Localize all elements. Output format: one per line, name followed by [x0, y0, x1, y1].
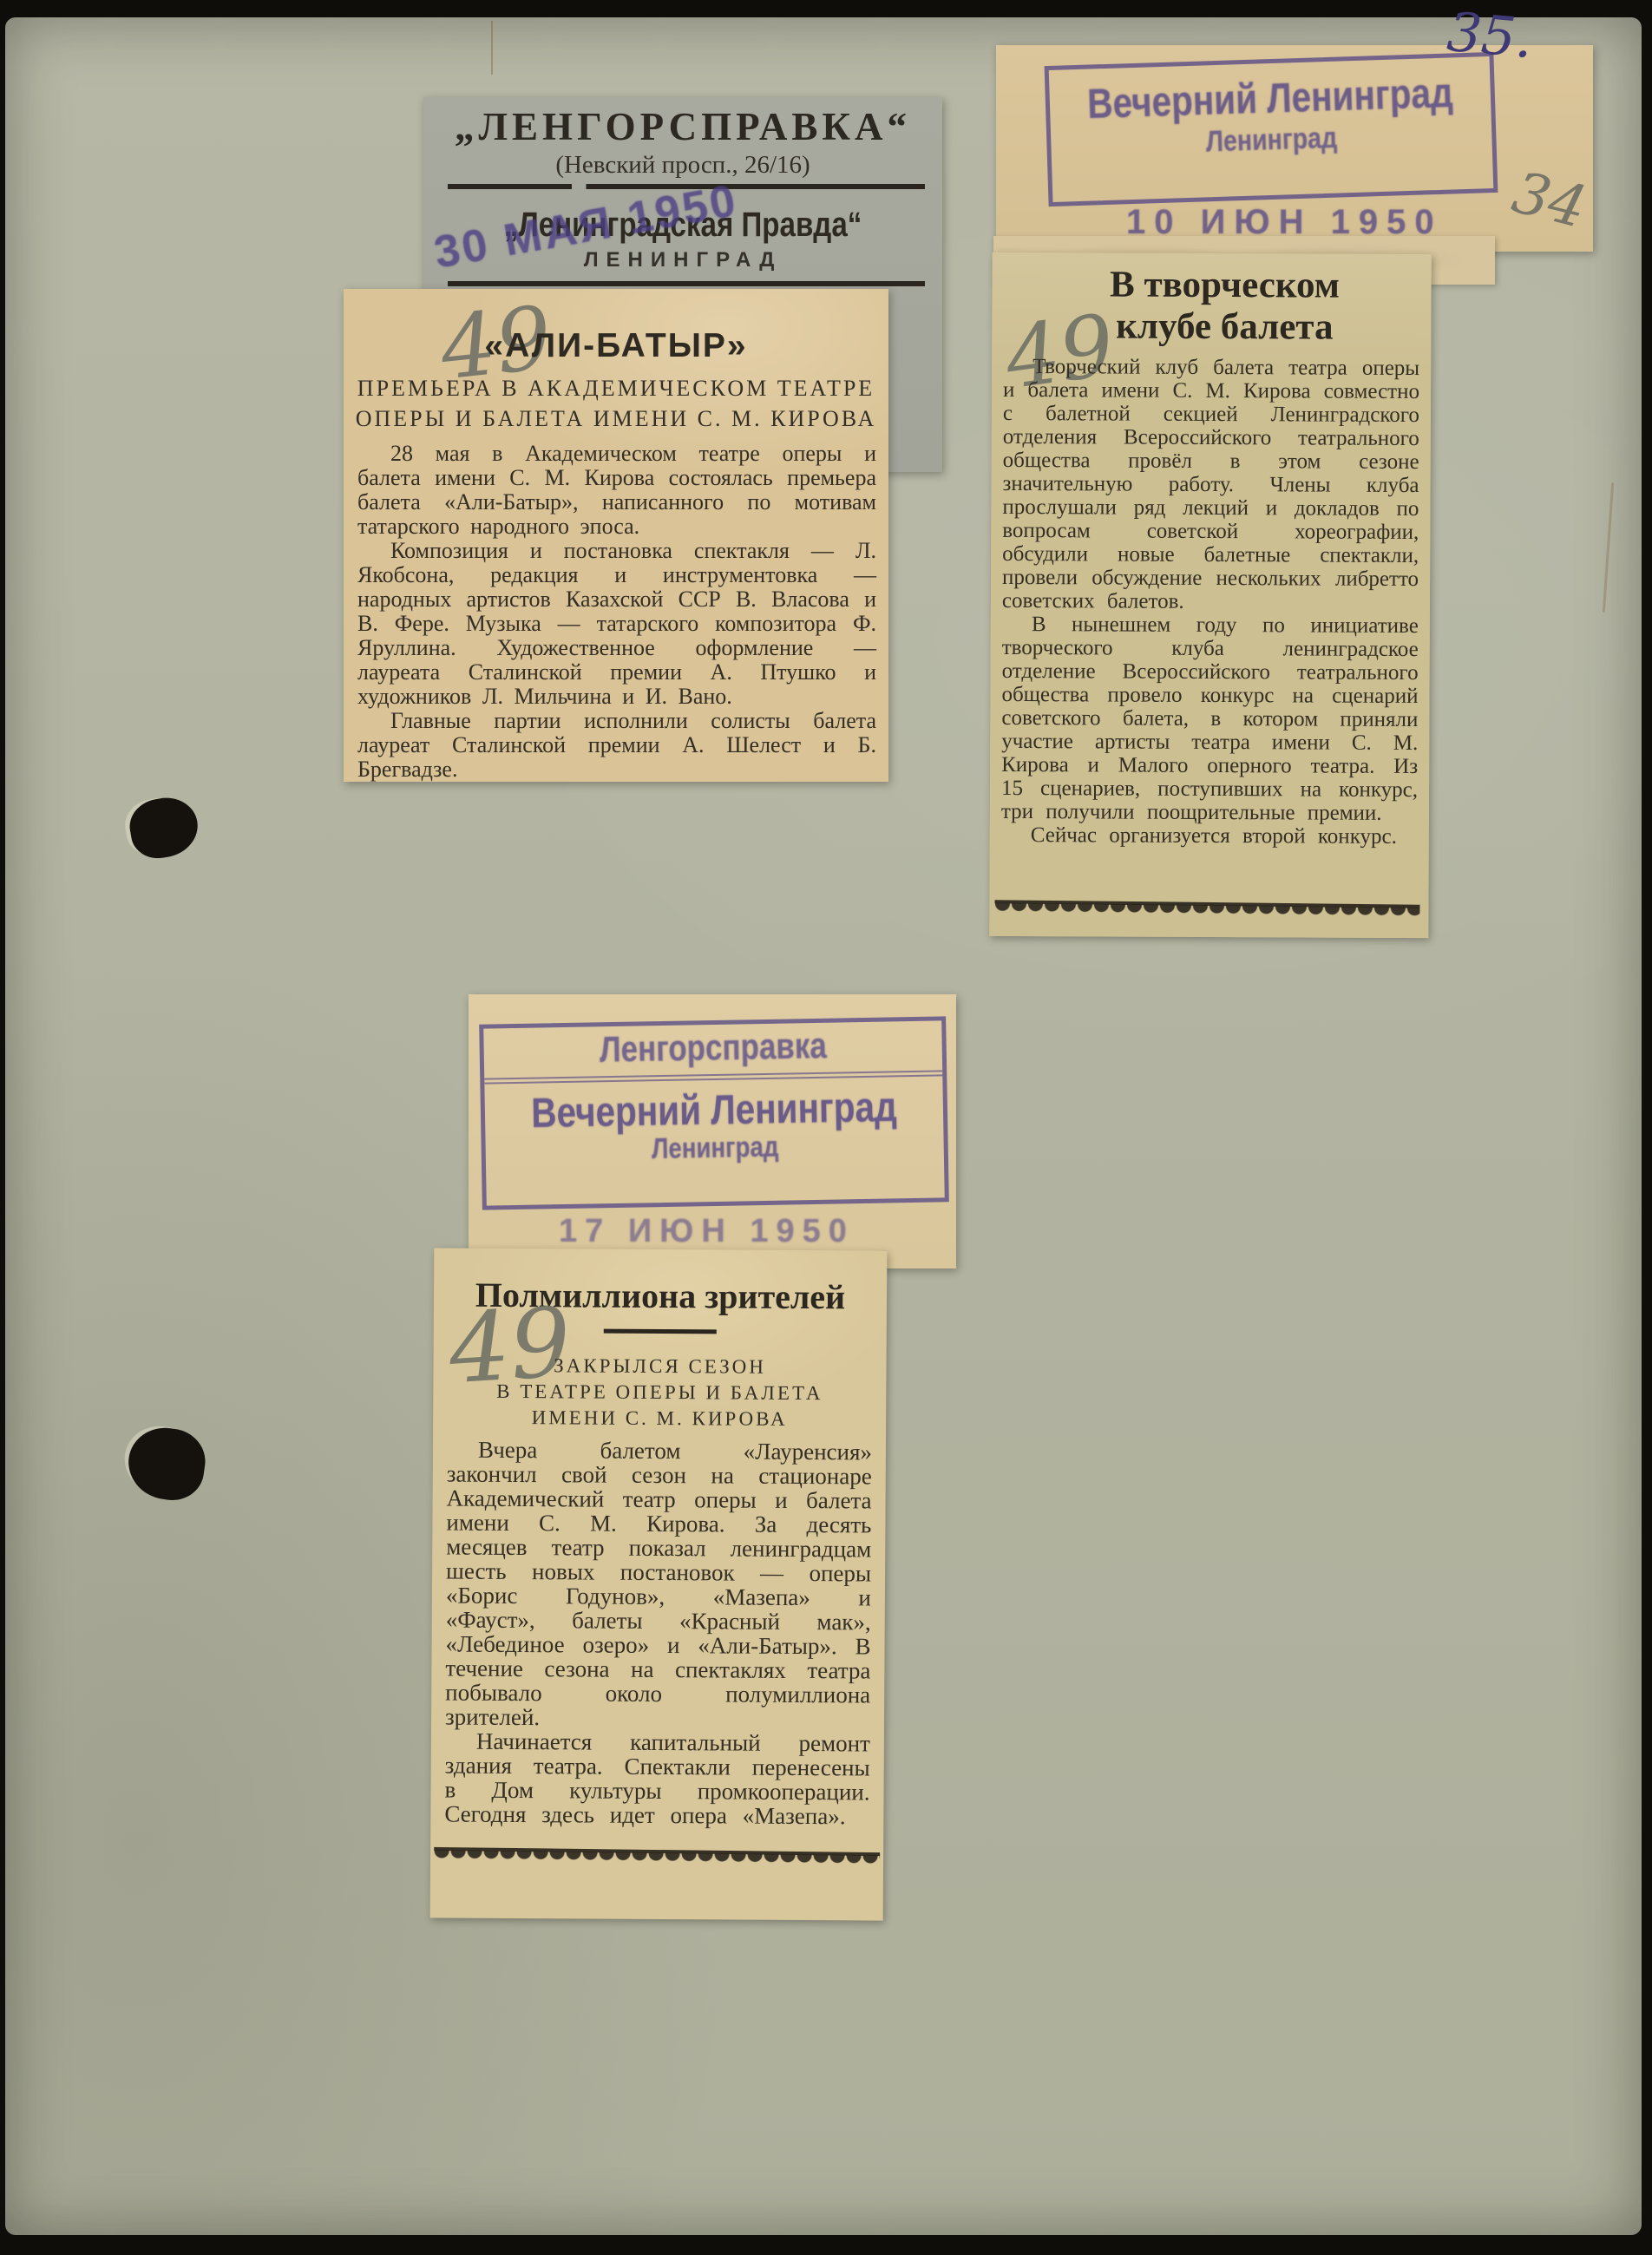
agency-title: „ЛЕНГОРСПРАВКА“: [423, 104, 942, 149]
lengorspravka-vecherny-stamp: Ленгорсправка Вечерний Ленинград Ленингр…: [479, 1016, 949, 1209]
paper-scratch: [491, 21, 493, 75]
paragraph: Главные партии исполнили солисты балета …: [357, 709, 876, 782]
article-body: Творческий клуб балета театра оперы и ба…: [1001, 355, 1419, 849]
clipping-ballet-club-article: В творческом клубе балета 49 Творческий …: [989, 252, 1431, 938]
scalloped-cut-edge: [994, 900, 1419, 918]
paragraph: Композиция и постановка спектакля — Л. Я…: [357, 539, 876, 709]
scanned-scrapbook-page: „ЛЕНГОРСПРАВКА“ (Невский просп., 26/16) …: [0, 0, 1652, 2255]
article-body: Вчера балетом «Лауренсия» закончил свой …: [444, 1438, 872, 1829]
paragraph: Сейчас организуется второй конкурс.: [1001, 823, 1418, 849]
stamp-header: Ленгорсправка: [599, 1026, 826, 1072]
paragraph: 28 мая в Академическом театре оперы и ба…: [357, 442, 876, 539]
vecherny-leningrad-stamp: Вечерний Ленинград Ленинград: [1045, 52, 1498, 206]
article-subtitle-line2: В ТЕАТРЕ ОПЕРЫ И БАЛЕТА: [433, 1380, 886, 1405]
clipping-half-million-article: Полмиллиона зрителей 49 ЗАКРЫЛСЯ СЕЗОН В…: [430, 1248, 888, 1920]
scalloped-cut-edge: [434, 1847, 880, 1865]
date-stamp-june-middle: 17 ИЮН 1950: [559, 1213, 855, 1250]
article-body: 28 мая в Академическом театре оперы и ба…: [357, 442, 876, 782]
paragraph: Начинается капитальный ремонт здания теа…: [444, 1729, 870, 1829]
article-subtitle-line1: ЗАКРЫЛСЯ СЕЗОН: [433, 1354, 886, 1379]
stamp-line2: Ленинград: [1205, 121, 1337, 159]
paragraph: Вчера балетом «Лауренсия» закончил свой …: [445, 1438, 872, 1732]
clipping-ali-batyr-article: 49 «АЛИ-БАТЫР» ПРЕМЬЕРА В АКАДЕМИЧЕСКОМ …: [344, 289, 888, 782]
article-subtitle-line3: ИМЕНИ С. М. КИРОВА: [433, 1406, 886, 1431]
article-subtitle-line1: ПРЕМЬЕРА В АКАДЕМИЧЕСКОМ ТЕАТРЕ: [344, 376, 888, 402]
stamp-line1: Вечерний Ленинград: [531, 1084, 897, 1137]
divider-rule: [448, 281, 925, 286]
article-subtitle-line2: ОПЕРЫ И БАЛЕТА ИМЕНИ С. М. КИРОВА: [344, 406, 888, 432]
short-divider: [604, 1329, 717, 1334]
paragraph: В нынешнем году по инициативе творческог…: [1001, 613, 1419, 825]
article-title: «АЛИ-БАТЫР»: [344, 327, 888, 365]
agency-address: (Невский просп., 26/16): [423, 151, 942, 180]
handwritten-page-number-ink: 35.: [1445, 0, 1536, 70]
clipping-middle-stamp-slip: Ленгорсправка Вечерний Ленинград Ленингр…: [469, 994, 956, 1268]
stamp-line2: Ленинград: [651, 1131, 778, 1166]
paragraph: Творческий клуб балета театра оперы и ба…: [1002, 355, 1419, 614]
clipping-vecherny-stamp-slip: Вечерний Ленинград Ленинград 10 ИЮН 1950: [996, 45, 1593, 252]
